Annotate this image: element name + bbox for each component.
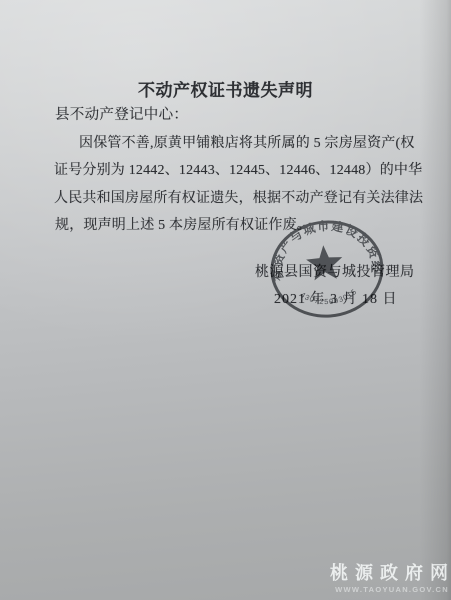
seal-star-icon — [305, 244, 344, 281]
body-line: 人民共和国房屋所有权证遗失，根据不动产登记有关法律法 — [54, 187, 423, 207]
document-title: 不动产权证书遗失声明 — [0, 76, 451, 101]
body-line: 证号分别为 12442、12443、12445、12446、12448）的中华 — [54, 159, 422, 179]
seal-code: 430725003015 — [298, 286, 359, 308]
scanned-document-page: 不动产权证书遗失声明 县不动产登记中心： 因保管不善,原黄甲铺粮店将其所属的 5… — [0, 0, 451, 600]
site-watermark: 桃源政府网 WWW.TAOYUAN.GOV.CN — [330, 564, 449, 594]
body-line: 因保管不善,原黄甲铺粮店将其所属的 5 宗房屋资产(权 — [79, 132, 415, 152]
official-seal: 有资产与城市建设投资经 430725003015 — [262, 212, 393, 328]
salutation-line: 县不动产登记中心： — [55, 103, 188, 124]
watermark-site-url: WWW.TAOYUAN.GOV.CN — [330, 586, 449, 594]
seal-code-holder: 430725003015 — [298, 286, 359, 308]
watermark-site-name: 桃源政府网 — [330, 564, 451, 584]
